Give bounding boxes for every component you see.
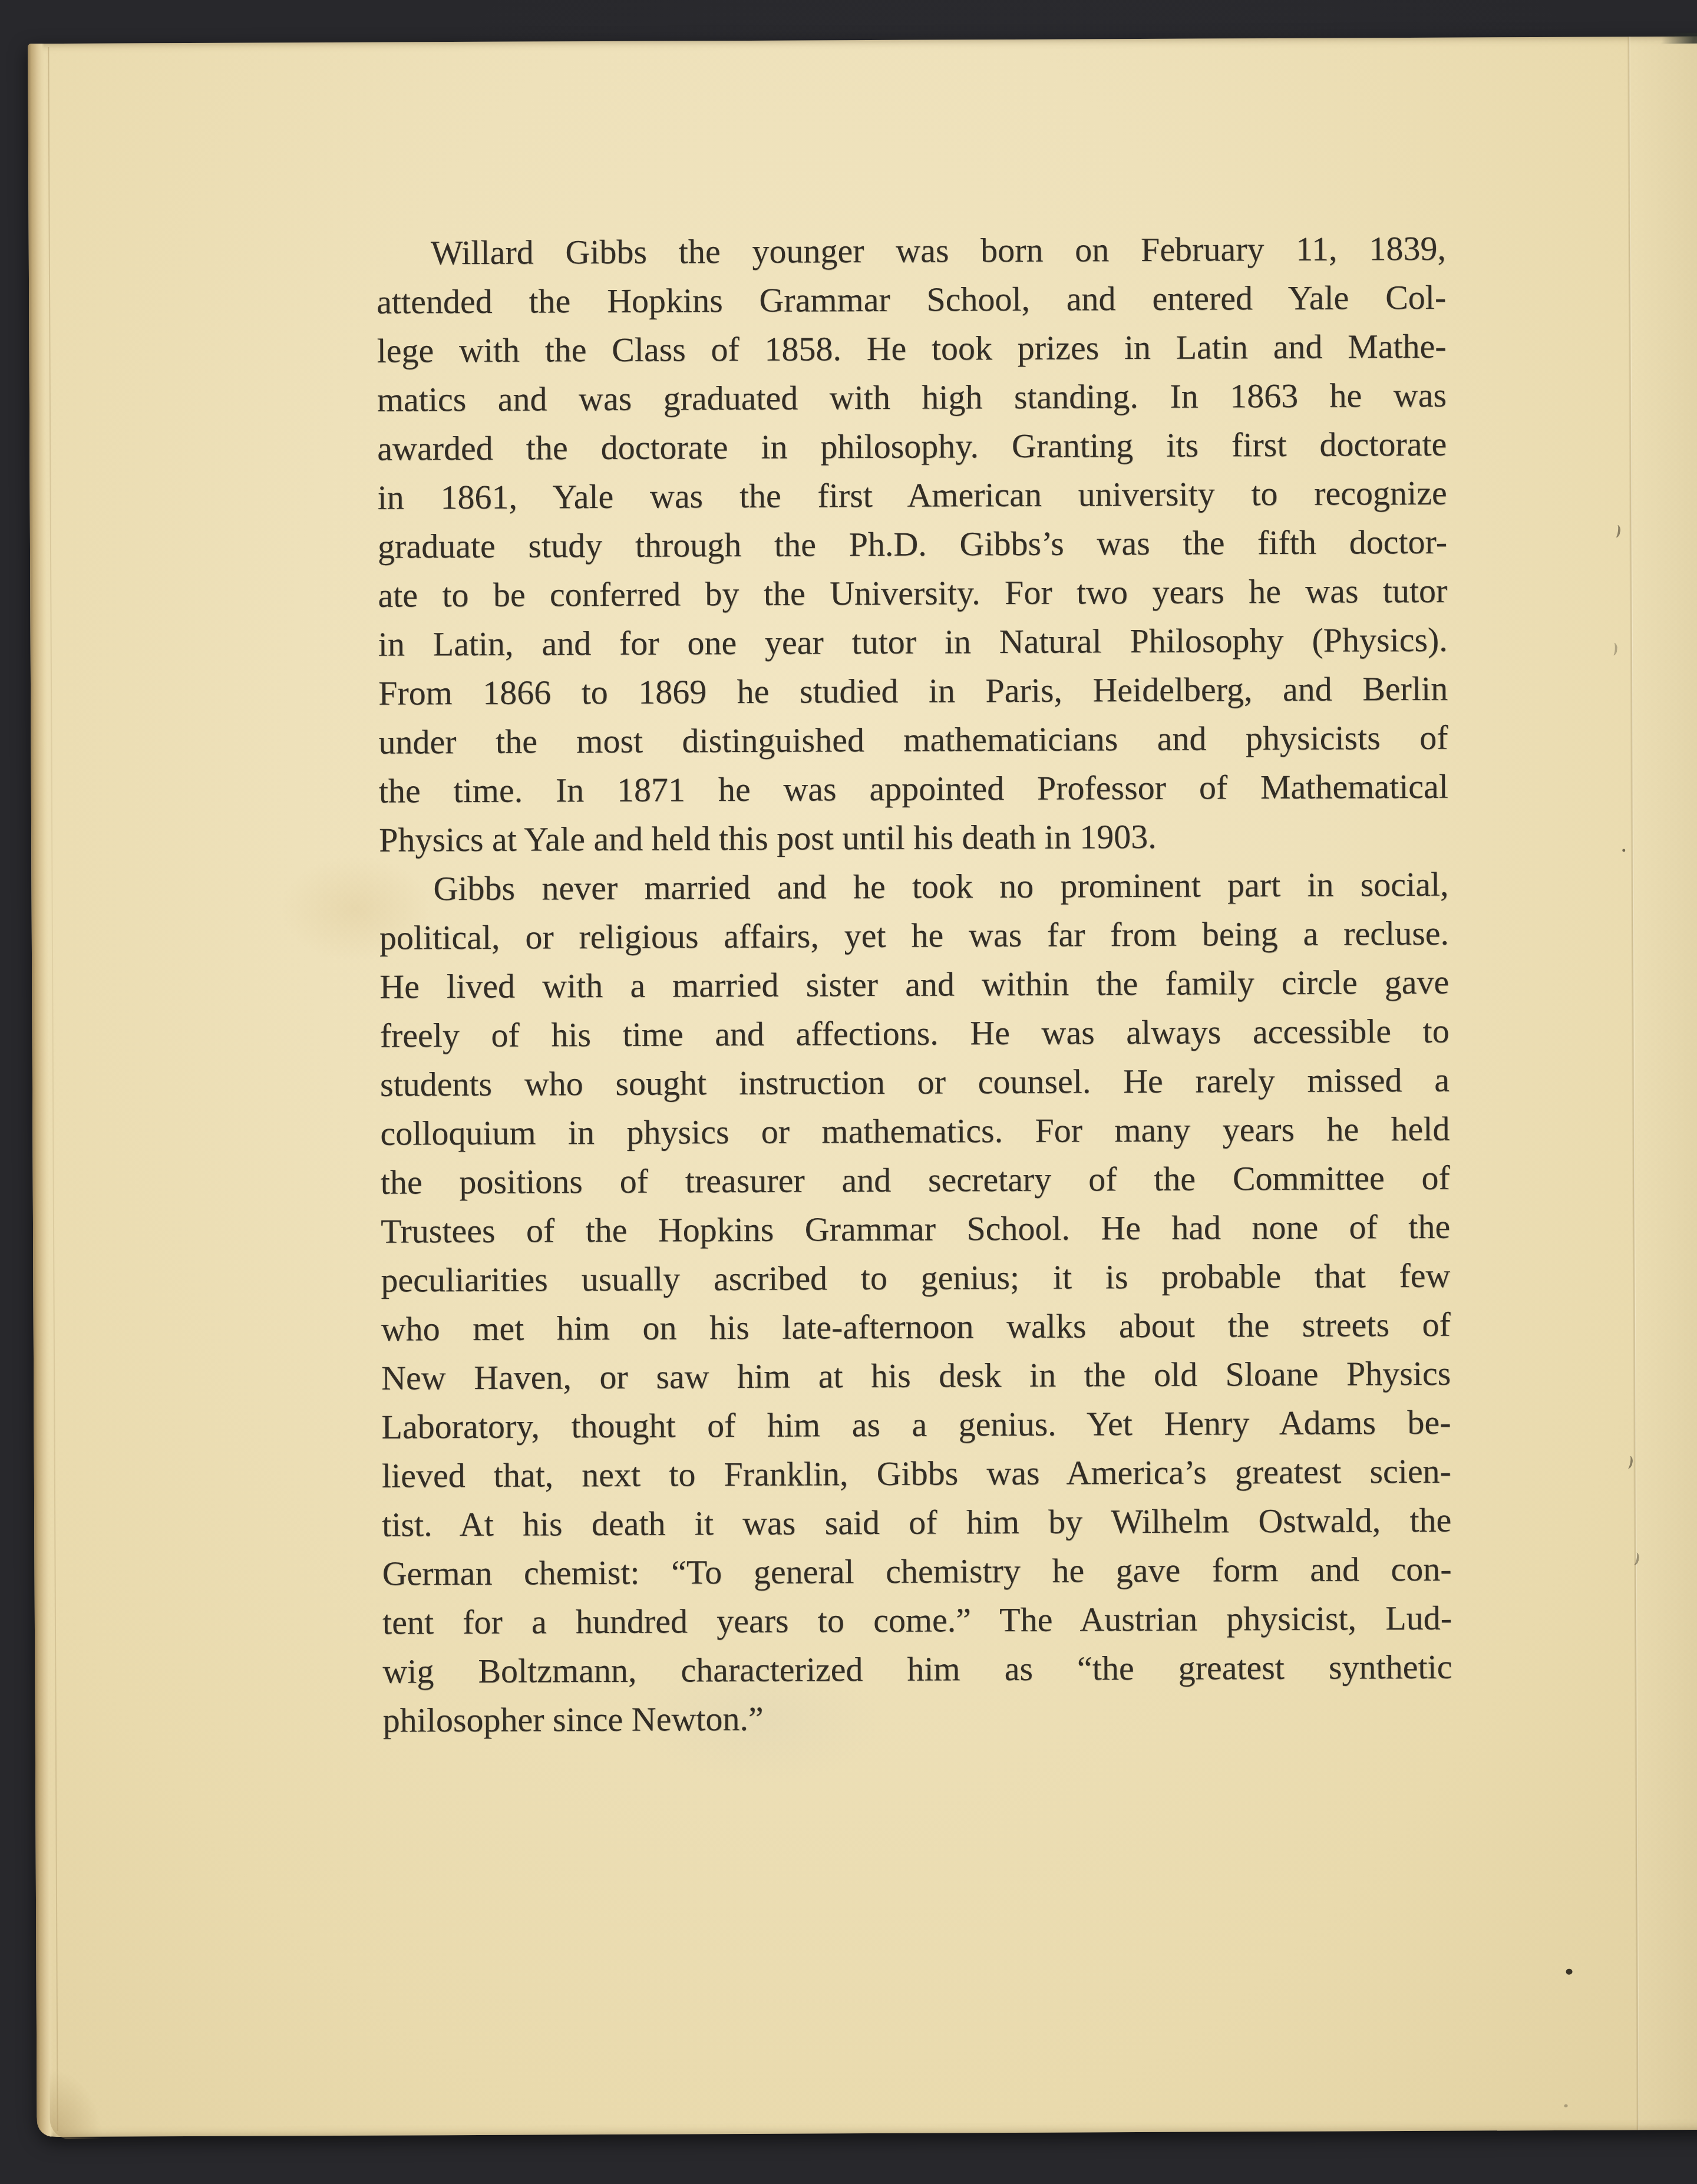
ink-speck — [1566, 1969, 1573, 1975]
text-line: in Latin, and for one year tutor in Natu… — [378, 615, 1448, 669]
text-line: tent for a hundred years to come.” The A… — [382, 1594, 1452, 1647]
text-line: the time. In 1871 he was appointed Profe… — [379, 762, 1448, 816]
text-line: attended the Hopkins Grammar School, and… — [377, 273, 1446, 326]
paragraph-1: Willard Gibbs the younger was born on Fe… — [377, 224, 1449, 865]
text-line: lieved that, next to Franklin, Gibbs was… — [382, 1447, 1451, 1500]
text-line: lege with the Class of 1858. He took pri… — [377, 322, 1446, 375]
text-line: New Haven, or saw him at his desk in the… — [381, 1349, 1451, 1403]
text-line: in 1861, Yale was the first American uni… — [377, 469, 1447, 522]
text-line: under the most distinguished mathematici… — [378, 713, 1448, 767]
text-line: awarded the doctorate in philosophy. Gra… — [377, 420, 1447, 473]
text-line: political, or religious affairs, yet he … — [379, 909, 1449, 962]
text-line: colloquium in physics or mathematics. Fo… — [380, 1104, 1450, 1158]
ink-speck — [1564, 2104, 1568, 2107]
text-line: the positions of treasurer and secretary… — [381, 1153, 1450, 1207]
text-line: He lived with a married sister and withi… — [379, 958, 1449, 1011]
ink-fleck — [1613, 524, 1621, 538]
text-line: who met him on his late-afternoon walks … — [381, 1300, 1451, 1354]
text-line: students who sought instruction or couns… — [380, 1055, 1450, 1109]
text-line: From 1866 to 1869 he studied in Paris, H… — [378, 664, 1448, 718]
page-right-fold-area — [1630, 37, 1697, 2130]
text-line: German chemist: “To general chemistry he… — [382, 1545, 1451, 1598]
text-line: Trustees of the Hopkins Grammar School. … — [381, 1202, 1450, 1256]
text-line: ate to be conferred by the University. F… — [378, 566, 1447, 620]
page-text: Willard Gibbs the younger was born on Fe… — [377, 224, 1452, 1745]
text-line: wig Boltzmann, characterized him as “the… — [382, 1642, 1452, 1696]
scanned-book-photo: Willard Gibbs the younger was born on Fe… — [0, 0, 1697, 2184]
text-line: graduate study through the Ph.D. Gibbs’s… — [378, 517, 1447, 571]
page-edge-nick — [1633, 33, 1697, 44]
text-line: philosopher since Newton.” — [383, 1691, 1452, 1745]
text-line: Willard Gibbs the younger was born on Fe… — [377, 224, 1446, 278]
text-line: Laboratory, thought of him as a genius. … — [381, 1398, 1451, 1451]
text-line: Physics at Yale and held this post until… — [379, 811, 1448, 865]
text-line: freely of his time and affections. He wa… — [379, 1007, 1449, 1060]
text-line: Gibbs never married and he took no promi… — [379, 860, 1448, 913]
ink-speck — [1622, 849, 1625, 852]
paragraph-2: Gibbs never married and he took no promi… — [379, 860, 1452, 1745]
book-page: Willard Gibbs the younger was born on Fe… — [28, 37, 1697, 2137]
text-line: peculiarities usually ascribed to genius… — [381, 1251, 1450, 1305]
text-line: matics and was graduated with high stand… — [377, 371, 1447, 424]
ink-fleck — [1625, 1456, 1634, 1470]
worn-corner — [49, 2068, 103, 2139]
text-line: tist. At his death it was said of him by… — [382, 1496, 1451, 1549]
ink-fleck — [1610, 642, 1617, 656]
